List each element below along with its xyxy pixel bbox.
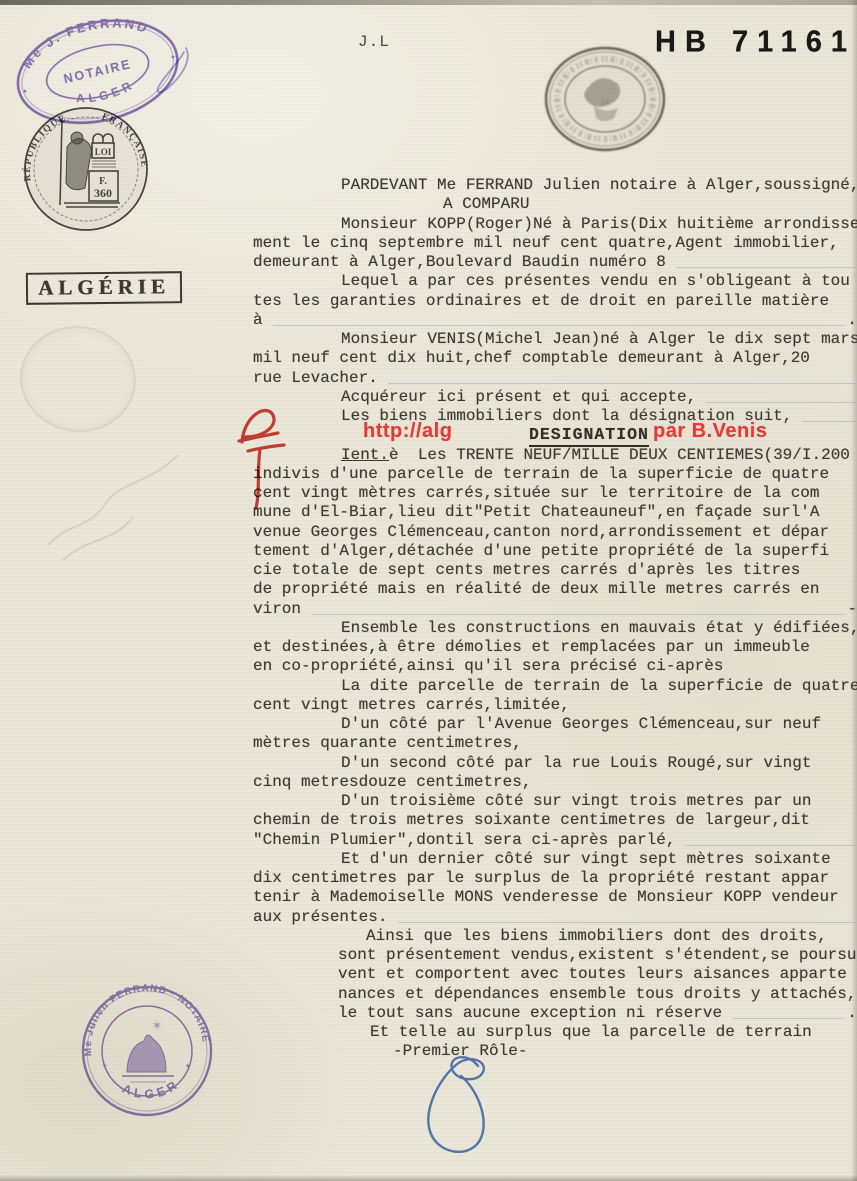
scan-edge-top bbox=[0, 0, 857, 5]
svg-text:✦: ✦ bbox=[185, 1061, 191, 1071]
document-line: D'un troisième côté sur vingt trois metr… bbox=[253, 792, 857, 811]
fiscal-stamp: RÉPUBLIQUE FRANÇAISE LOI F. 360 bbox=[18, 103, 158, 239]
svg-text:✶: ✶ bbox=[152, 1017, 162, 1035]
document-line: nances et dépendances ensemble tous droi… bbox=[253, 985, 857, 1004]
document-body: PARDEVANT Me FERRAND Julien notaire à Al… bbox=[253, 176, 857, 1062]
ruled-trail-line bbox=[685, 845, 855, 846]
notarial-deed-page: Me J. FERRAND NOTAIRE ALGER ✦ ✦ RÉPUBLIQ… bbox=[0, 0, 857, 1181]
document-line: D'un côté par l'Avenue Georges Clémencea… bbox=[253, 715, 857, 734]
ruled-trail-line bbox=[706, 402, 855, 403]
svg-text:✦: ✦ bbox=[102, 1061, 108, 1071]
document-line: Ient.è Les TRENTE NEUF/MILLE DEUX CENTIE… bbox=[253, 446, 857, 465]
document-line: D'un second côté par la rue Louis Rougé,… bbox=[253, 754, 857, 773]
designation-heading-line: http://algDESIGNATIONpar B.Venis bbox=[253, 426, 857, 445]
document-line: sont présentement vendus,existent s'éten… bbox=[253, 946, 857, 965]
ruled-trail-line bbox=[311, 614, 845, 615]
document-line: dix centimetres par le surplus de la pro… bbox=[253, 869, 857, 888]
watermark-prefix: http://alg bbox=[363, 422, 452, 441]
svg-text:Me J. FERRAND: Me J. FERRAND bbox=[13, 5, 156, 74]
document-line: Lequel a par ces présentes vendu en s'ob… bbox=[253, 272, 857, 291]
document-line: viron- bbox=[253, 600, 857, 619]
document-line: mètres quarante centimetres, bbox=[253, 734, 857, 753]
typed-initials: J.L bbox=[358, 33, 390, 51]
document-line: -Premier Rôle- bbox=[253, 1042, 857, 1061]
fiscal-stamp-value-2: 360 bbox=[94, 186, 112, 200]
document-line: venue Georges Clémenceau,canton nord,arr… bbox=[253, 523, 857, 542]
watermark-suffix: par B.Venis bbox=[653, 422, 767, 441]
document-line: indivis d'une parcelle de terrain de la … bbox=[253, 465, 857, 484]
round-stamp-bottom-text: ALGER bbox=[120, 1076, 183, 1101]
ruled-trail-line bbox=[388, 383, 855, 384]
algerie-box-stamp: ALGÉRIE bbox=[26, 271, 182, 305]
document-line: rue Levacher. bbox=[253, 369, 857, 388]
ruled-trail-line bbox=[802, 421, 855, 422]
designation-heading: DESIGNATION bbox=[529, 425, 649, 446]
document-line: vent et comportent avec toutes leurs ais… bbox=[253, 965, 857, 984]
document-line: Ensemble les constructions en mauvais ét… bbox=[253, 619, 857, 638]
svg-text:14: 14 bbox=[601, 99, 609, 107]
document-line: demeurant à Alger,Boulevard Baudin numér… bbox=[253, 253, 857, 272]
faint-handwriting bbox=[28, 425, 218, 575]
document-line: Monsieur KOPP(Roger)Né à Paris(Dix huiti… bbox=[253, 215, 857, 234]
document-line: PARDEVANT Me FERRAND Julien notaire à Al… bbox=[253, 176, 857, 195]
document-line: en co-propriété,ainsi qu'il sera précisé… bbox=[253, 657, 857, 676]
document-line: A COMPARU bbox=[253, 195, 857, 214]
oval-stamp-arc-text: Me J. FERRAND bbox=[13, 5, 156, 74]
document-line: "Chemin Plumier",dontil sera ci-après pa… bbox=[253, 831, 857, 850]
document-line: aux présentes. bbox=[253, 908, 857, 927]
ruled-trail-line bbox=[397, 922, 855, 923]
document-line: le tout sans aucune exception ni réserve… bbox=[253, 1004, 857, 1023]
document-line: cie totale de sept cents metres carrés d… bbox=[253, 561, 857, 580]
document-line: mune d'El-Biar,lieu dit"Petit Chateauneu… bbox=[253, 503, 857, 522]
ruled-trail-line bbox=[732, 1018, 845, 1019]
document-line: de propriété mais en réalité de deux mil… bbox=[253, 580, 857, 599]
document-line: chemin de trois metres soixante centimet… bbox=[253, 811, 857, 830]
document-line: cent vingt mètres carrés,située sur le t… bbox=[253, 484, 857, 503]
svg-text:✦: ✦ bbox=[21, 86, 29, 97]
document-line: tenir à Mademoiselle MONS venderesse de … bbox=[253, 888, 857, 907]
scan-edge-bottom bbox=[0, 1175, 857, 1181]
document-line: Et d'un dernier côté sur vingt sept mètr… bbox=[253, 850, 857, 869]
document-line: La dite parcelle de terrain de la superf… bbox=[253, 677, 857, 696]
document-line: cinq metresdouze centimetres, bbox=[253, 773, 857, 792]
notary-round-stamp: Me Julien FERRAND · NOTAIRE ALGER ✦ ✦ ✶ bbox=[72, 976, 222, 1126]
document-line: tes les garanties ordinaires et de droit… bbox=[253, 292, 857, 311]
document-line: tement d'Alger,détachée d'une petite pro… bbox=[253, 542, 857, 561]
document-line: cent vingt metres carrés,limitée, bbox=[253, 696, 857, 715]
ruled-trail-line bbox=[273, 325, 846, 326]
ruled-trail-line bbox=[676, 267, 855, 268]
svg-text:ALGER: ALGER bbox=[120, 1076, 183, 1101]
document-line: à. bbox=[253, 311, 857, 330]
document-line: Ainsi que les biens immobiliers dont des… bbox=[253, 927, 857, 946]
round-stamp-emblem: ✶ bbox=[122, 1017, 174, 1082]
serial-number: HB 71161 bbox=[655, 25, 856, 60]
blue-pen-squiggle bbox=[416, 1050, 534, 1170]
document-line: Et telle au surplus que la parcelle de t… bbox=[253, 1023, 857, 1042]
document-line: et destinées,à être démolies et remplacé… bbox=[253, 638, 857, 657]
document-line: Monsieur VENIS(Michel Jean)né à Alger le… bbox=[253, 330, 857, 349]
document-line: mil neuf cent dix huit,chef comptable de… bbox=[253, 349, 857, 368]
red-margin-marks bbox=[226, 398, 316, 516]
blue-paraph bbox=[148, 42, 198, 102]
document-line: ment le cinq septembre mil neuf cent qua… bbox=[253, 234, 857, 253]
fiscal-stamp-tablet-text: LOI bbox=[95, 147, 112, 157]
embossed-seal bbox=[13, 318, 143, 439]
document-line: Acquéreur ici présent et qui accepte, bbox=[253, 388, 857, 407]
